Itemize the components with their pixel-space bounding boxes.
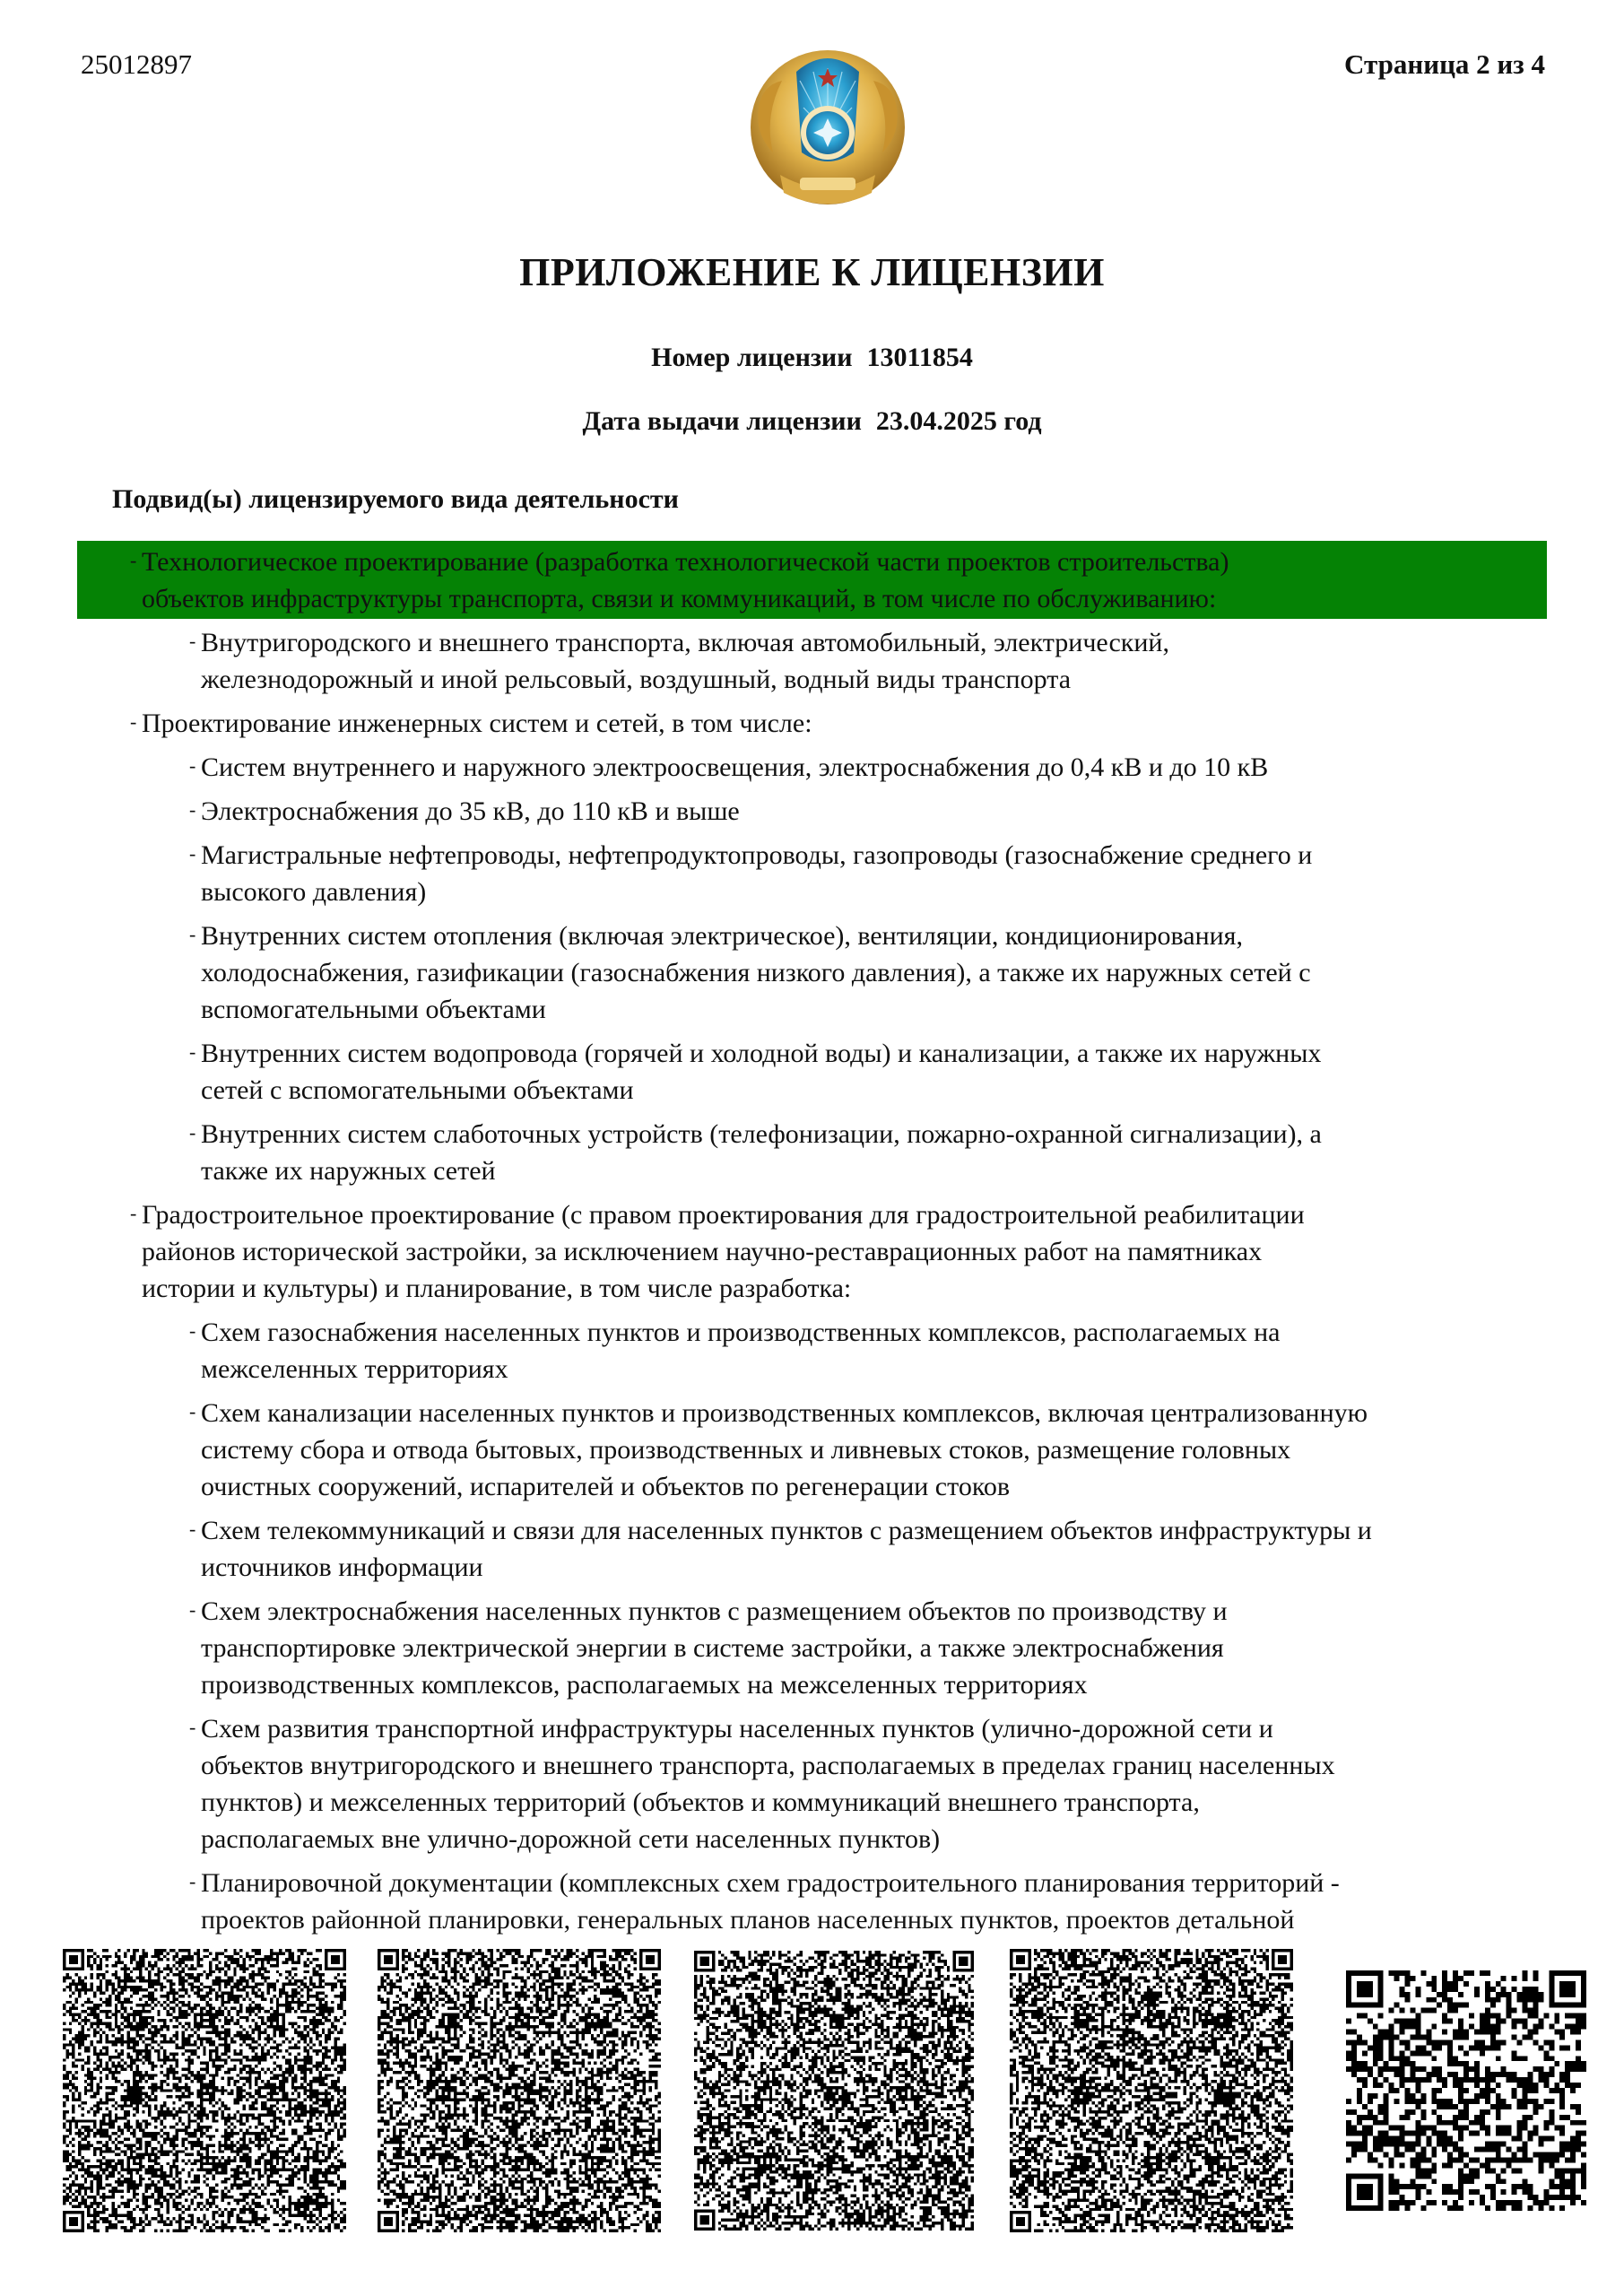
list-item: -Схем канализации населенных пунктов и п… — [201, 1395, 1582, 1505]
bullet-dash-icon: - — [189, 1393, 195, 1430]
list-item: -Планировочной документации (комплексных… — [201, 1865, 1582, 1938]
license-date-value: 23.04.2025 год — [876, 406, 1042, 436]
list-item-line: истории и культуры) и планирование, в то… — [142, 1270, 1541, 1307]
list-item-line: межселенных территориях — [201, 1351, 1582, 1387]
bullet-dash-icon: - — [189, 1033, 195, 1070]
list-item-line: объектов внутригородского и внешнего тра… — [201, 1747, 1582, 1784]
bullet-dash-icon: - — [189, 747, 195, 784]
list-item-line: Градостроительное проектирование (с прав… — [142, 1196, 1541, 1233]
bullet-dash-icon: - — [189, 791, 195, 828]
list-item-line: Систем внутреннего и наружного электроос… — [201, 749, 1582, 786]
license-date: Дата выдачи лицензии23.04.2025 год — [0, 406, 1624, 437]
list-item-line: вспомогательными объектами — [201, 991, 1582, 1028]
list-item-line: объектов инфраструктуры транспорта, связ… — [142, 580, 1541, 617]
bullet-dash-icon: - — [189, 835, 195, 872]
list-item-line: железнодорожный и иной рельсовый, воздуш… — [201, 661, 1582, 698]
document-id: 25012897 — [81, 48, 192, 81]
state-emblem-icon — [746, 45, 909, 212]
list-item-line: Схем телекоммуникаций и связи для населе… — [201, 1512, 1582, 1549]
list-item-line: районов исторической застройки, за исклю… — [142, 1233, 1541, 1270]
list-item-line: Схем канализации населенных пунктов и пр… — [201, 1395, 1582, 1431]
list-item: -Электроснабжения до 35 кВ, до 110 кВ и … — [201, 793, 1582, 830]
list-item-line: проектов районной планировки, генеральны… — [201, 1901, 1582, 1938]
list-item-line: также их наружных сетей — [201, 1152, 1582, 1189]
list-item-line: пунктов) и межселенных территорий (объек… — [201, 1784, 1582, 1821]
qr-code-5 — [1346, 1970, 1586, 2211]
list-item: -Внутренних систем водопровода (горячей … — [201, 1035, 1582, 1109]
bullet-dash-icon: - — [189, 1312, 195, 1349]
list-item-line: Технологическое проектирование (разработ… — [142, 544, 1541, 580]
list-item: -Магистральные нефтепроводы, нефтепродук… — [201, 837, 1582, 910]
list-item: -Внутренних систем отопления (включая эл… — [201, 918, 1582, 1028]
list-item: -Внутренних систем слаботочных устройств… — [201, 1116, 1582, 1189]
list-item-line: Электроснабжения до 35 кВ, до 110 кВ и в… — [201, 793, 1582, 830]
list-item: -Схем телекоммуникаций и связи для насел… — [201, 1512, 1582, 1586]
list-item: -Схем развития транспортной инфраструкту… — [201, 1710, 1582, 1857]
qr-code-3 — [694, 1949, 974, 2232]
list-item-line: холодоснабжения, газификации (газоснабже… — [201, 954, 1582, 991]
license-number-label: Номер лицензии — [651, 343, 852, 372]
bullet-dash-icon: - — [189, 1510, 195, 1547]
list-item: -Градостроительное проектирование (с пра… — [142, 1196, 1541, 1307]
list-item: -Схем газоснабжения населенных пунктов и… — [201, 1314, 1582, 1387]
list-item-line: Внутренних систем слаботочных устройств … — [201, 1116, 1582, 1152]
list-item-line: Магистральные нефтепроводы, нефтепродукт… — [201, 837, 1582, 874]
page-title: ПРИЛОЖЕНИЕ К ЛИЦЕНЗИИ — [0, 249, 1624, 295]
list-item-line: Внутренних систем водопровода (горячей и… — [201, 1035, 1582, 1072]
bullet-dash-icon: - — [189, 1863, 195, 1900]
list-item-line: сетей с вспомогательными объектами — [201, 1072, 1582, 1109]
list-item-line: Внутренних систем отопления (включая эле… — [201, 918, 1582, 954]
list-item-line: транспортировке электрической энергии в … — [201, 1630, 1582, 1666]
list-item-line: источников информации — [201, 1549, 1582, 1586]
bullet-dash-icon: - — [189, 622, 195, 659]
bullet-dash-icon: - — [130, 1195, 136, 1231]
list-item-line: Схем электроснабжения населенных пунктов… — [201, 1593, 1582, 1630]
list-item-line: Проектирование инженерных систем и сетей… — [142, 705, 1541, 742]
page-number: Страница 2 из 4 — [1344, 48, 1545, 81]
bullet-dash-icon: - — [189, 916, 195, 952]
list-item-line: располагаемых вне улично-дорожной сети н… — [201, 1821, 1582, 1857]
bullet-dash-icon: - — [189, 1591, 195, 1628]
list-item: -Внутригородского и внешнего транспорта,… — [201, 624, 1582, 698]
license-number-value: 13011854 — [866, 343, 972, 372]
license-number: Номер лицензии13011854 — [0, 343, 1624, 373]
section-heading: Подвид(ы) лицензируемого вида деятельнос… — [112, 484, 679, 515]
bullet-dash-icon: - — [189, 1114, 195, 1151]
list-item-line: Внутригородского и внешнего транспорта, … — [201, 624, 1582, 661]
bullet-dash-icon: - — [130, 542, 136, 578]
list-item-line: Схем газоснабжения населенных пунктов и … — [201, 1314, 1582, 1351]
list-item-line: высокого давления) — [201, 874, 1582, 910]
list-item: -Технологическое проектирование (разрабо… — [142, 544, 1541, 617]
license-date-label: Дата выдачи лицензии — [582, 406, 861, 436]
qr-code-4 — [1010, 1949, 1293, 2232]
list-item-line: Планировочной документации (комплексных … — [201, 1865, 1582, 1901]
list-item: -Систем внутреннего и наружного электроо… — [201, 749, 1582, 786]
list-item-line: производственных комплексов, располагаем… — [201, 1666, 1582, 1703]
qr-code-2 — [378, 1949, 661, 2232]
list-item-line: очистных сооружений, испарителей и объек… — [201, 1468, 1582, 1505]
list-item: -Схем электроснабжения населенных пункто… — [201, 1593, 1582, 1703]
bullet-dash-icon: - — [189, 1709, 195, 1745]
list-item: -Проектирование инженерных систем и сете… — [142, 705, 1541, 742]
list-item-line: систему сбора и отвода бытовых, производ… — [201, 1431, 1582, 1468]
list-item-line: Схем развития транспортной инфраструктур… — [201, 1710, 1582, 1747]
bullet-dash-icon: - — [130, 703, 136, 740]
qr-code-1 — [62, 1949, 347, 2232]
